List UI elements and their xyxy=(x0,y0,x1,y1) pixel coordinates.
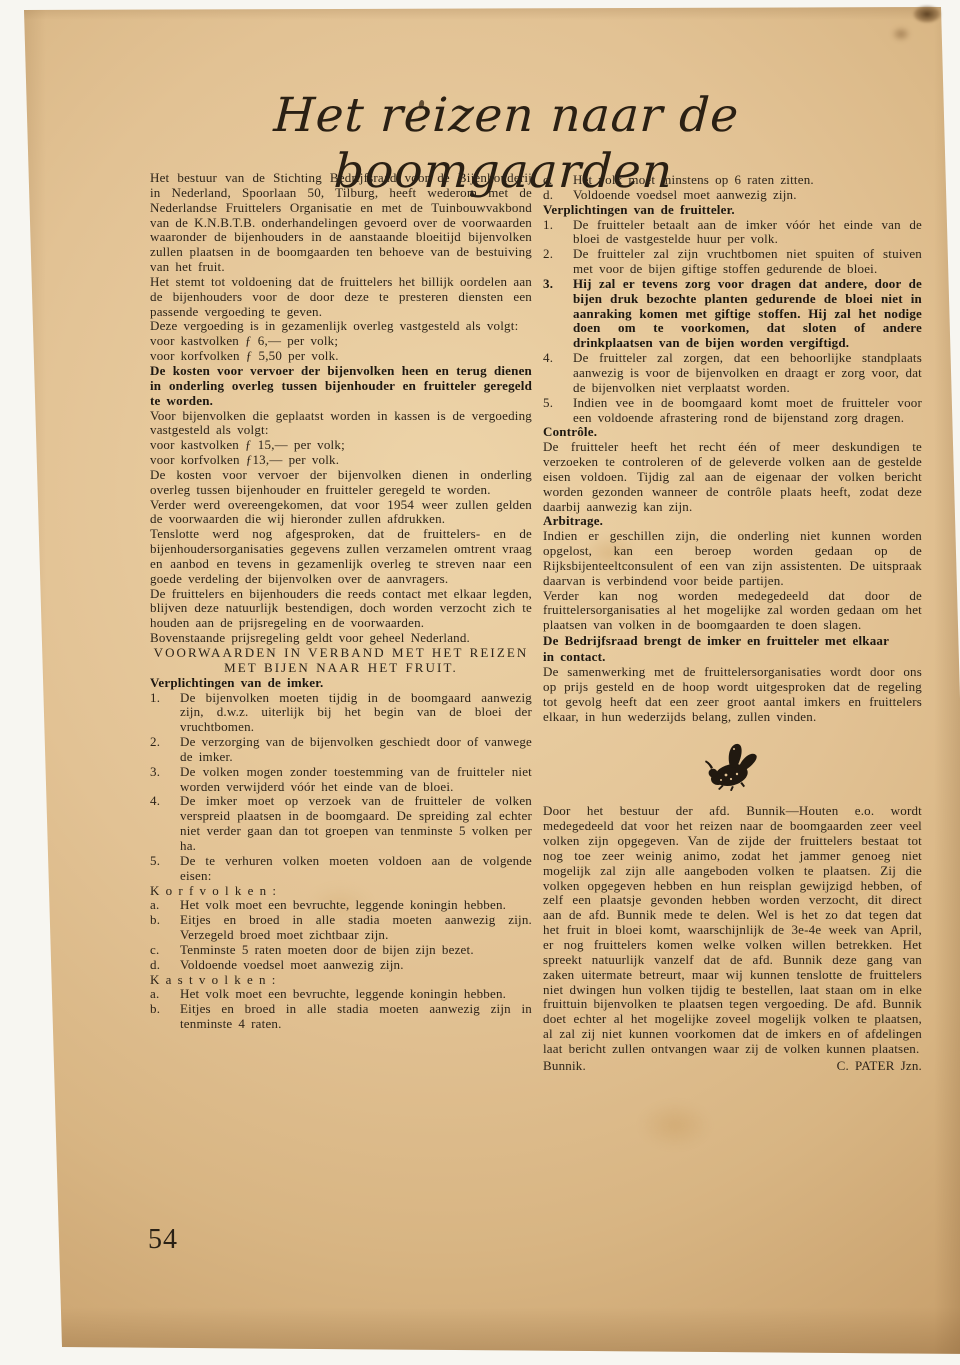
list-marker: 3. xyxy=(543,277,553,292)
list-marker: c. xyxy=(543,173,552,188)
list-marker: 1. xyxy=(543,218,553,233)
list-marker: b. xyxy=(150,913,160,928)
paragraph-samenwerking: De samenwerking met de fruittelersorgani… xyxy=(543,665,922,724)
list-item: d. Voldoende voedsel moet aanwezig zijn. xyxy=(543,188,922,203)
paragraph-controle: De fruitteler heeft het recht één of mee… xyxy=(543,440,922,514)
paragraph-arbitrage: Indien er geschillen zijn, die onderling… xyxy=(543,529,922,588)
tariff-line: voor kastvolken ƒ 6,— per volk; xyxy=(150,334,532,349)
list-item: 5. Indien vee in de boomgaard komt moet … xyxy=(543,396,922,426)
list-marker: a. xyxy=(150,898,159,913)
list-item: a. Het volk moet een bevruchte, leggende… xyxy=(150,987,532,1002)
paragraph: Voor bijenvolken die geplaatst worden in… xyxy=(150,409,532,439)
list-item: 4. De fruitteler zal zorgen, dat een beh… xyxy=(543,351,922,396)
bee-illustration-container xyxy=(543,739,922,795)
paragraph-intro: Het bestuur van de Stichting Bedrijfsraa… xyxy=(150,171,532,275)
signature-place: Bunnik. xyxy=(543,1059,586,1074)
list-item-text: De bijenvolken moeten tijdig in de boomg… xyxy=(180,690,532,735)
section-heading-voorwaarden: VOORWAARDEN IN VERBAND MET HET REIZEN ME… xyxy=(150,646,532,676)
section-heading-bedrijfsraad: De Bedrijfsraad brengt de imker en fruit… xyxy=(543,633,891,665)
list-item: 5. De te verhuren volken moeten voldoen … xyxy=(150,854,532,884)
paragraph-arbitrage: Verder kan nog worden medegedeeld dat do… xyxy=(543,589,922,634)
subheading-korfvolken: K o r f v o l k e n : xyxy=(150,884,532,899)
list-item: c. Het volk moet minstens op 6 raten zit… xyxy=(543,173,922,188)
paragraph: De kosten voor vervoer der bijenvolken d… xyxy=(150,468,532,498)
list-item: 1. De fruitteler betaalt aan de imker vó… xyxy=(543,218,922,248)
paragraph: Verder werd overeengekomen, dat voor 195… xyxy=(150,498,532,528)
list-item-text: De te verhuren volken moeten voldoen aan… xyxy=(180,853,532,883)
bee-icon xyxy=(704,739,762,791)
section-heading-fruitteler: Verplichtingen van de fruitteler. xyxy=(543,203,922,218)
tariff-line: voor korfvolken ƒ 5,50 per volk. xyxy=(150,349,532,364)
list-item-text: De imker moet op verzoek van de fruittel… xyxy=(180,793,532,853)
list-item-text: Eitjes en broed in alle stadia moeten aa… xyxy=(180,1001,532,1031)
list-item: b. Eitjes en broed in alle stadia moeten… xyxy=(150,1002,532,1032)
list-item-text: Voldoende voedsel moet aanwezig zijn. xyxy=(573,187,797,202)
list-item-text: Eitjes en broed in alle stadia moeten aa… xyxy=(180,912,532,942)
page-number: 54 xyxy=(148,1224,178,1256)
tariff-line: voor korfvolken ƒ13,— per volk. xyxy=(150,453,532,468)
list-marker: 4. xyxy=(543,351,553,366)
list-marker: 4. xyxy=(150,794,160,809)
paragraph: Het stemt tot voldoening dat de fruittel… xyxy=(150,275,532,320)
paragraph: Bovenstaande prijsregeling geldt voor ge… xyxy=(150,631,532,646)
list-item-text: Indien vee in de boomgaard komt moet de … xyxy=(573,395,922,425)
page-content: Het reizen naar de boomgaarden Het bestu… xyxy=(0,0,960,1365)
list-item: 2. De fruitteler zal zijn vruchtbomen ni… xyxy=(543,247,922,277)
list-marker: b. xyxy=(150,1002,160,1017)
paragraph: De fruittelers en bijenhouders die reeds… xyxy=(150,587,532,632)
list-item-text: Voldoende voedsel moet aanwezig zijn. xyxy=(180,957,404,972)
list-item-text: Het volk moet een bevruchte, leggende ko… xyxy=(180,986,506,1001)
signature-row: Bunnik. C. PATER Jzn. xyxy=(543,1059,922,1074)
list-item: b. Eitjes en broed in alle stadia moeten… xyxy=(150,913,532,943)
list-marker: 3. xyxy=(150,765,160,780)
list-marker: 2. xyxy=(150,735,160,750)
list-item-text: Het volk moet minstens op 6 raten zitten… xyxy=(573,172,814,187)
list-marker: 5. xyxy=(543,396,553,411)
list-item-text: Het volk moet een bevruchte, leggende ko… xyxy=(180,897,506,912)
list-marker: 5. xyxy=(150,854,160,869)
list-item-text: De fruitteler zal zijn vruchtbomen niet … xyxy=(573,246,922,276)
list-item-text: De fruitteler betaalt aan de imker vóór … xyxy=(573,217,922,247)
tariff-line: voor kastvolken ƒ 15,— per volk; xyxy=(150,438,532,453)
list-marker: d. xyxy=(150,958,160,973)
paragraph: Tenslotte werd nog afgesproken, dat de f… xyxy=(150,527,532,586)
left-column: Het bestuur van de Stichting Bedrijfsraa… xyxy=(150,171,532,1032)
list-item: c. Tenminste 5 raten moeten door de bije… xyxy=(150,943,532,958)
subheading-kastvolken: K a s t v o l k e n : xyxy=(150,973,532,988)
paragraph: Deze vergoeding is in gezamenlijk overle… xyxy=(150,319,532,334)
list-marker: 2. xyxy=(543,247,553,262)
list-item-text: De fruitteler zal zorgen, dat een behoor… xyxy=(573,350,922,395)
list-item-text: Tenminste 5 raten moeten door de bijen z… xyxy=(180,942,474,957)
section-heading-arbitrage: Arbitrage. xyxy=(543,514,922,529)
list-item: 4. De imker moet op verzoek van de fruit… xyxy=(150,794,532,853)
list-marker: 1. xyxy=(150,691,160,706)
list-item-bold: 3. Hij zal er tevens zorg voor dragen da… xyxy=(543,277,922,351)
paragraph-transport-bold: De kosten voor vervoer der bijenvolken h… xyxy=(150,364,532,409)
list-item-text: De volken mogen zonder toestemming van d… xyxy=(180,764,532,794)
list-marker: d. xyxy=(543,188,553,203)
list-item: 2. De verzorging van de bijenvolken gesc… xyxy=(150,735,532,765)
list-item: 1. De bijenvolken moeten tijdig in de bo… xyxy=(150,691,532,736)
section-heading-controle: Contrôle. xyxy=(543,425,922,440)
scanned-journal-page: Het reizen naar de boomgaarden Het bestu… xyxy=(0,0,960,1365)
list-marker: c. xyxy=(150,943,159,958)
list-item: 3. De volken mogen zonder toestemming va… xyxy=(150,765,532,795)
list-item-text: De verzorging van de bijenvolken geschie… xyxy=(180,734,532,764)
list-item-text: Hij zal er tevens zorg voor dragen dat a… xyxy=(573,276,922,350)
signature-name: C. PATER Jzn. xyxy=(837,1059,922,1074)
paragraph-bunnik: Door het bestuur der afd. Bunnik—Houten … xyxy=(543,804,922,1056)
section-heading-imker: Verplichtingen van de imker. xyxy=(150,676,532,691)
list-marker: a. xyxy=(150,987,159,1002)
list-item: d. Voldoende voedsel moet aanwezig zijn. xyxy=(150,958,532,973)
list-item: a. Het volk moet een bevruchte, leggende… xyxy=(150,898,532,913)
right-column: c. Het volk moet minstens op 6 raten zit… xyxy=(543,173,922,1074)
